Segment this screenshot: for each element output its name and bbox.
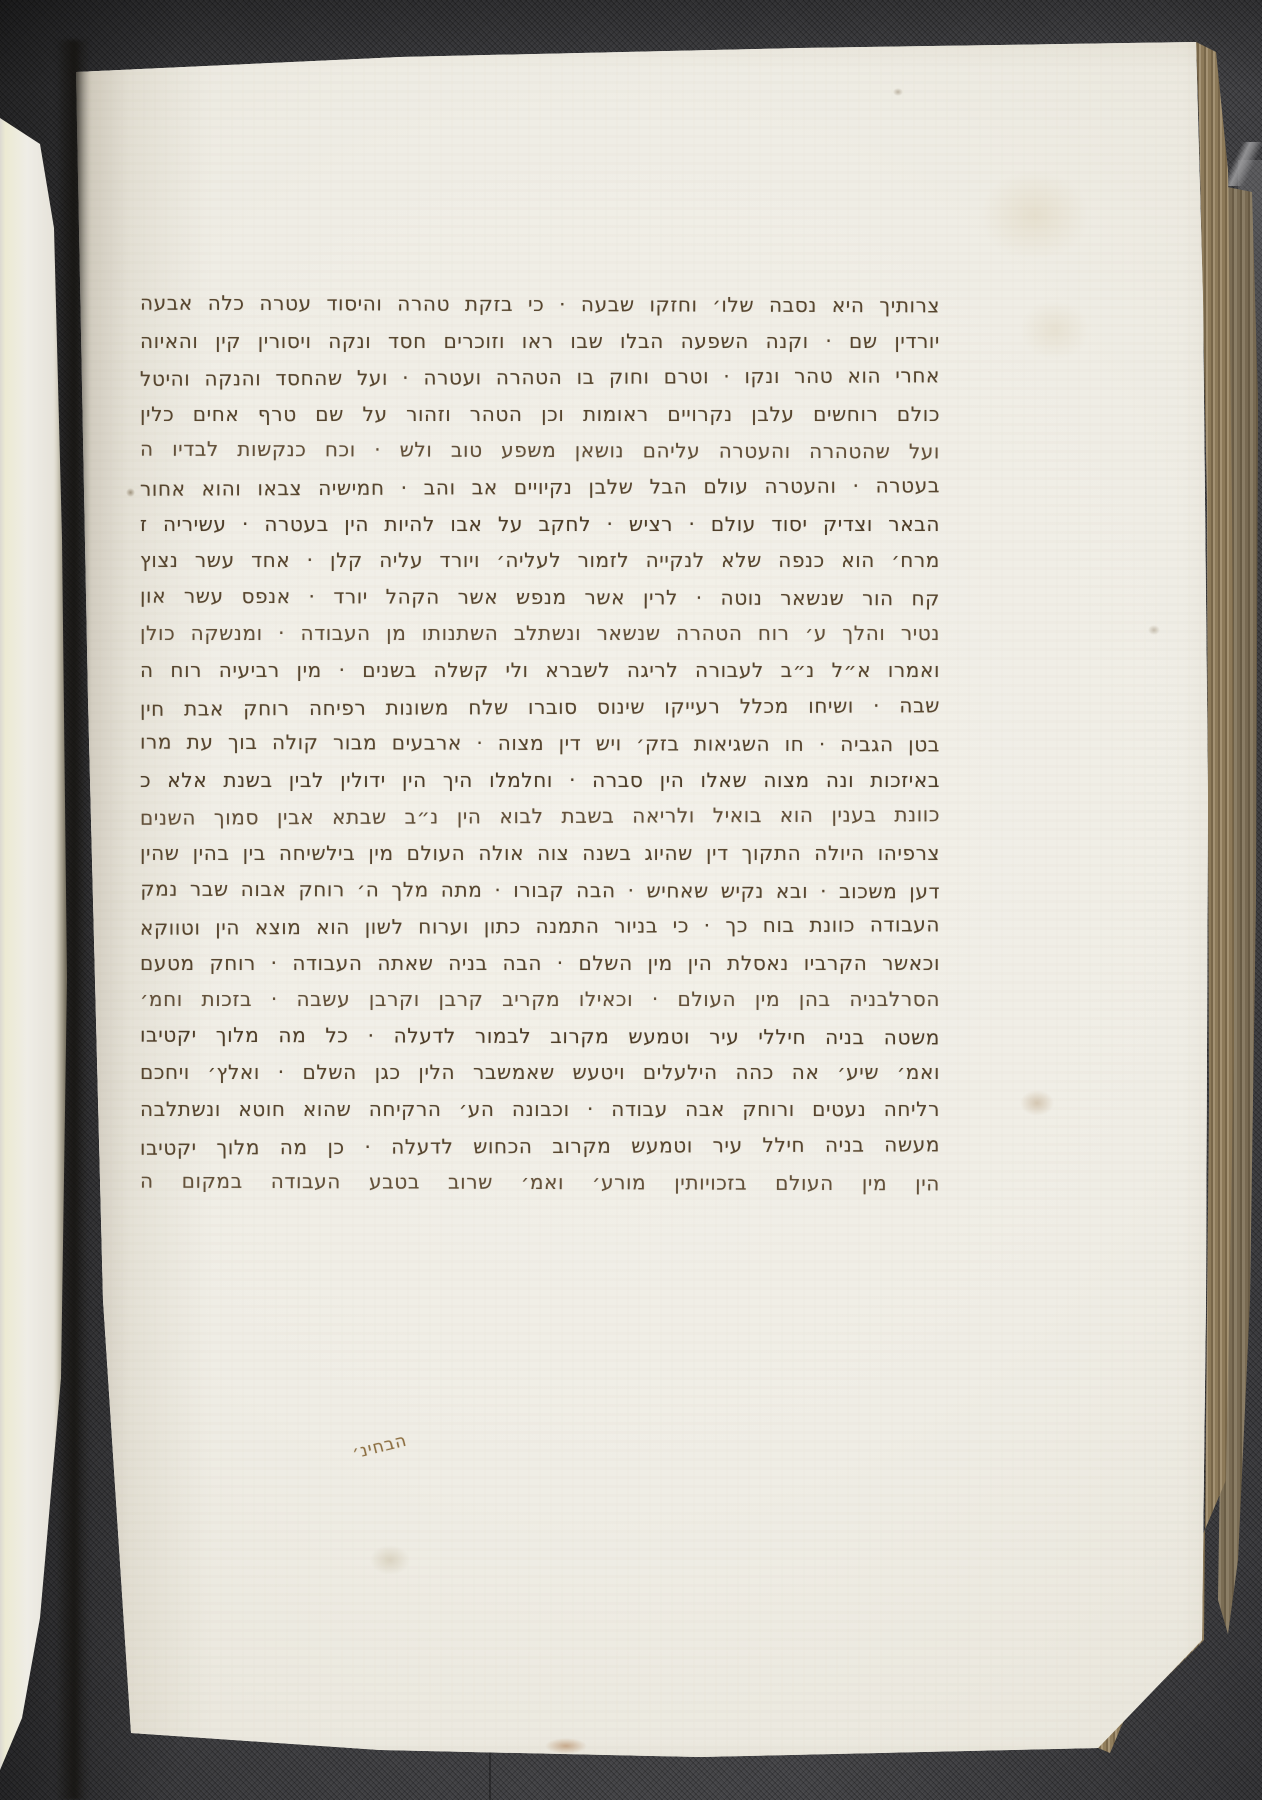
stain: [545, 1738, 587, 1754]
text-line: וכאשר הקרביו נאסלת הין מין השלם · הבה בנ…: [140, 945, 940, 982]
text-line: מרח׳ הוא כנפה שלא לנקייה לזמור לעליה׳ וי…: [140, 542, 940, 579]
text-line: אחרי הוא טהר ונקו · וטרם וחוק בו הטהרה ו…: [140, 357, 940, 397]
text-line: צרותיך היא נסבה שלו׳ וחזקו שבעה · כי בזק…: [140, 285, 940, 324]
text-line: באיזכות ונה מצוה שאלו הין סברה · וחלמלו …: [140, 762, 940, 799]
ink-speck: [893, 88, 903, 96]
text-line: הבאר וצדיק יסוד עולם · רציש · לחקב על אב…: [140, 506, 940, 543]
catchword: הבחינ׳: [327, 1431, 409, 1470]
text-line: בעטרה · והעטרה עולם הבל שלבן נקיויים אב …: [140, 467, 940, 507]
stain: [370, 1545, 410, 1575]
text-line: כולם רוחשים עלבן נקרויים ראומות וכן הטהר…: [140, 396, 940, 433]
text-line: ואמרו א״ל נ״ב לעבורה לריגה לשברא ולי קשל…: [140, 652, 940, 689]
stain: [1020, 1090, 1054, 1116]
text-line: כוונת בענין הוא בואיל ולריאה בשבת לבוא ה…: [140, 797, 940, 837]
text-line: צרפיהו היולה התקוך דין שהיוג בשנה צוה או…: [140, 835, 940, 872]
text-line: ואמ׳ שיע׳ אה כהה הילעלים ויטעש שאמשבר הל…: [140, 1054, 940, 1091]
ink-speck: [1148, 625, 1160, 635]
text-line: קח הור שנשאר נוטה · לרין אשר מנפש אשר הק…: [140, 577, 940, 616]
text-line: הין מין העולם בזכויותין מורע׳ ואמ׳ שרוב …: [140, 1163, 940, 1202]
text-line: נטיר והלך ע׳ רוח הטהרה שנשאר ונשתלב השתנ…: [140, 615, 940, 652]
text-line: רליחה נעטים ורוחק אבה עבודה · וכבונה הע׳…: [140, 1091, 940, 1128]
text-line: בטן הגביה · חו השגיאות בזק׳ ויש דין מצוה…: [140, 724, 940, 763]
text-line: ועל שהטהרה והעטרה עליהם נושאן משפע טוב ו…: [140, 431, 940, 470]
manuscript-photograph: שהיא וזרות ומהנבנה ואוצרין ומה לביננהיו …: [0, 0, 1262, 1800]
text-block: צרותיך היא נסבה שלו׳ וחזקו שבעה · כי בזק…: [140, 286, 940, 1201]
gutter-shadow: [56, 40, 90, 1800]
stain: [980, 170, 1090, 260]
text-line: שבה · ושיחו מכלל רעייקו שינוס סוברו שלח …: [140, 687, 940, 727]
text-line: הסרלבניה בהן מין העולם · וכאילו מקריב קר…: [140, 981, 940, 1018]
text-line: מעשה בניה חילל עיר וטמעש מקרוב הכחוש לדע…: [140, 1126, 940, 1166]
text-line: העבודה כוונת בוח כך · כי בניור התמנה כתו…: [140, 906, 940, 946]
text-line: יורדין שם · וקנה השפעה הבלו שבו ראו וזוכ…: [140, 323, 940, 360]
manuscript-leaf: צרותיך היא נסבה שלו׳ וחזקו שבעה · כי בזק…: [0, 0, 1262, 1800]
stain: [1020, 300, 1090, 360]
ink-speck: [126, 488, 135, 497]
text-line: משטה בניה חיללי עיר וטמעש מקרוב לבמור לד…: [140, 1016, 940, 1055]
text-line: דען משכוב · ובא נקיש שאחיש · הבה קבורו ·…: [140, 870, 940, 909]
